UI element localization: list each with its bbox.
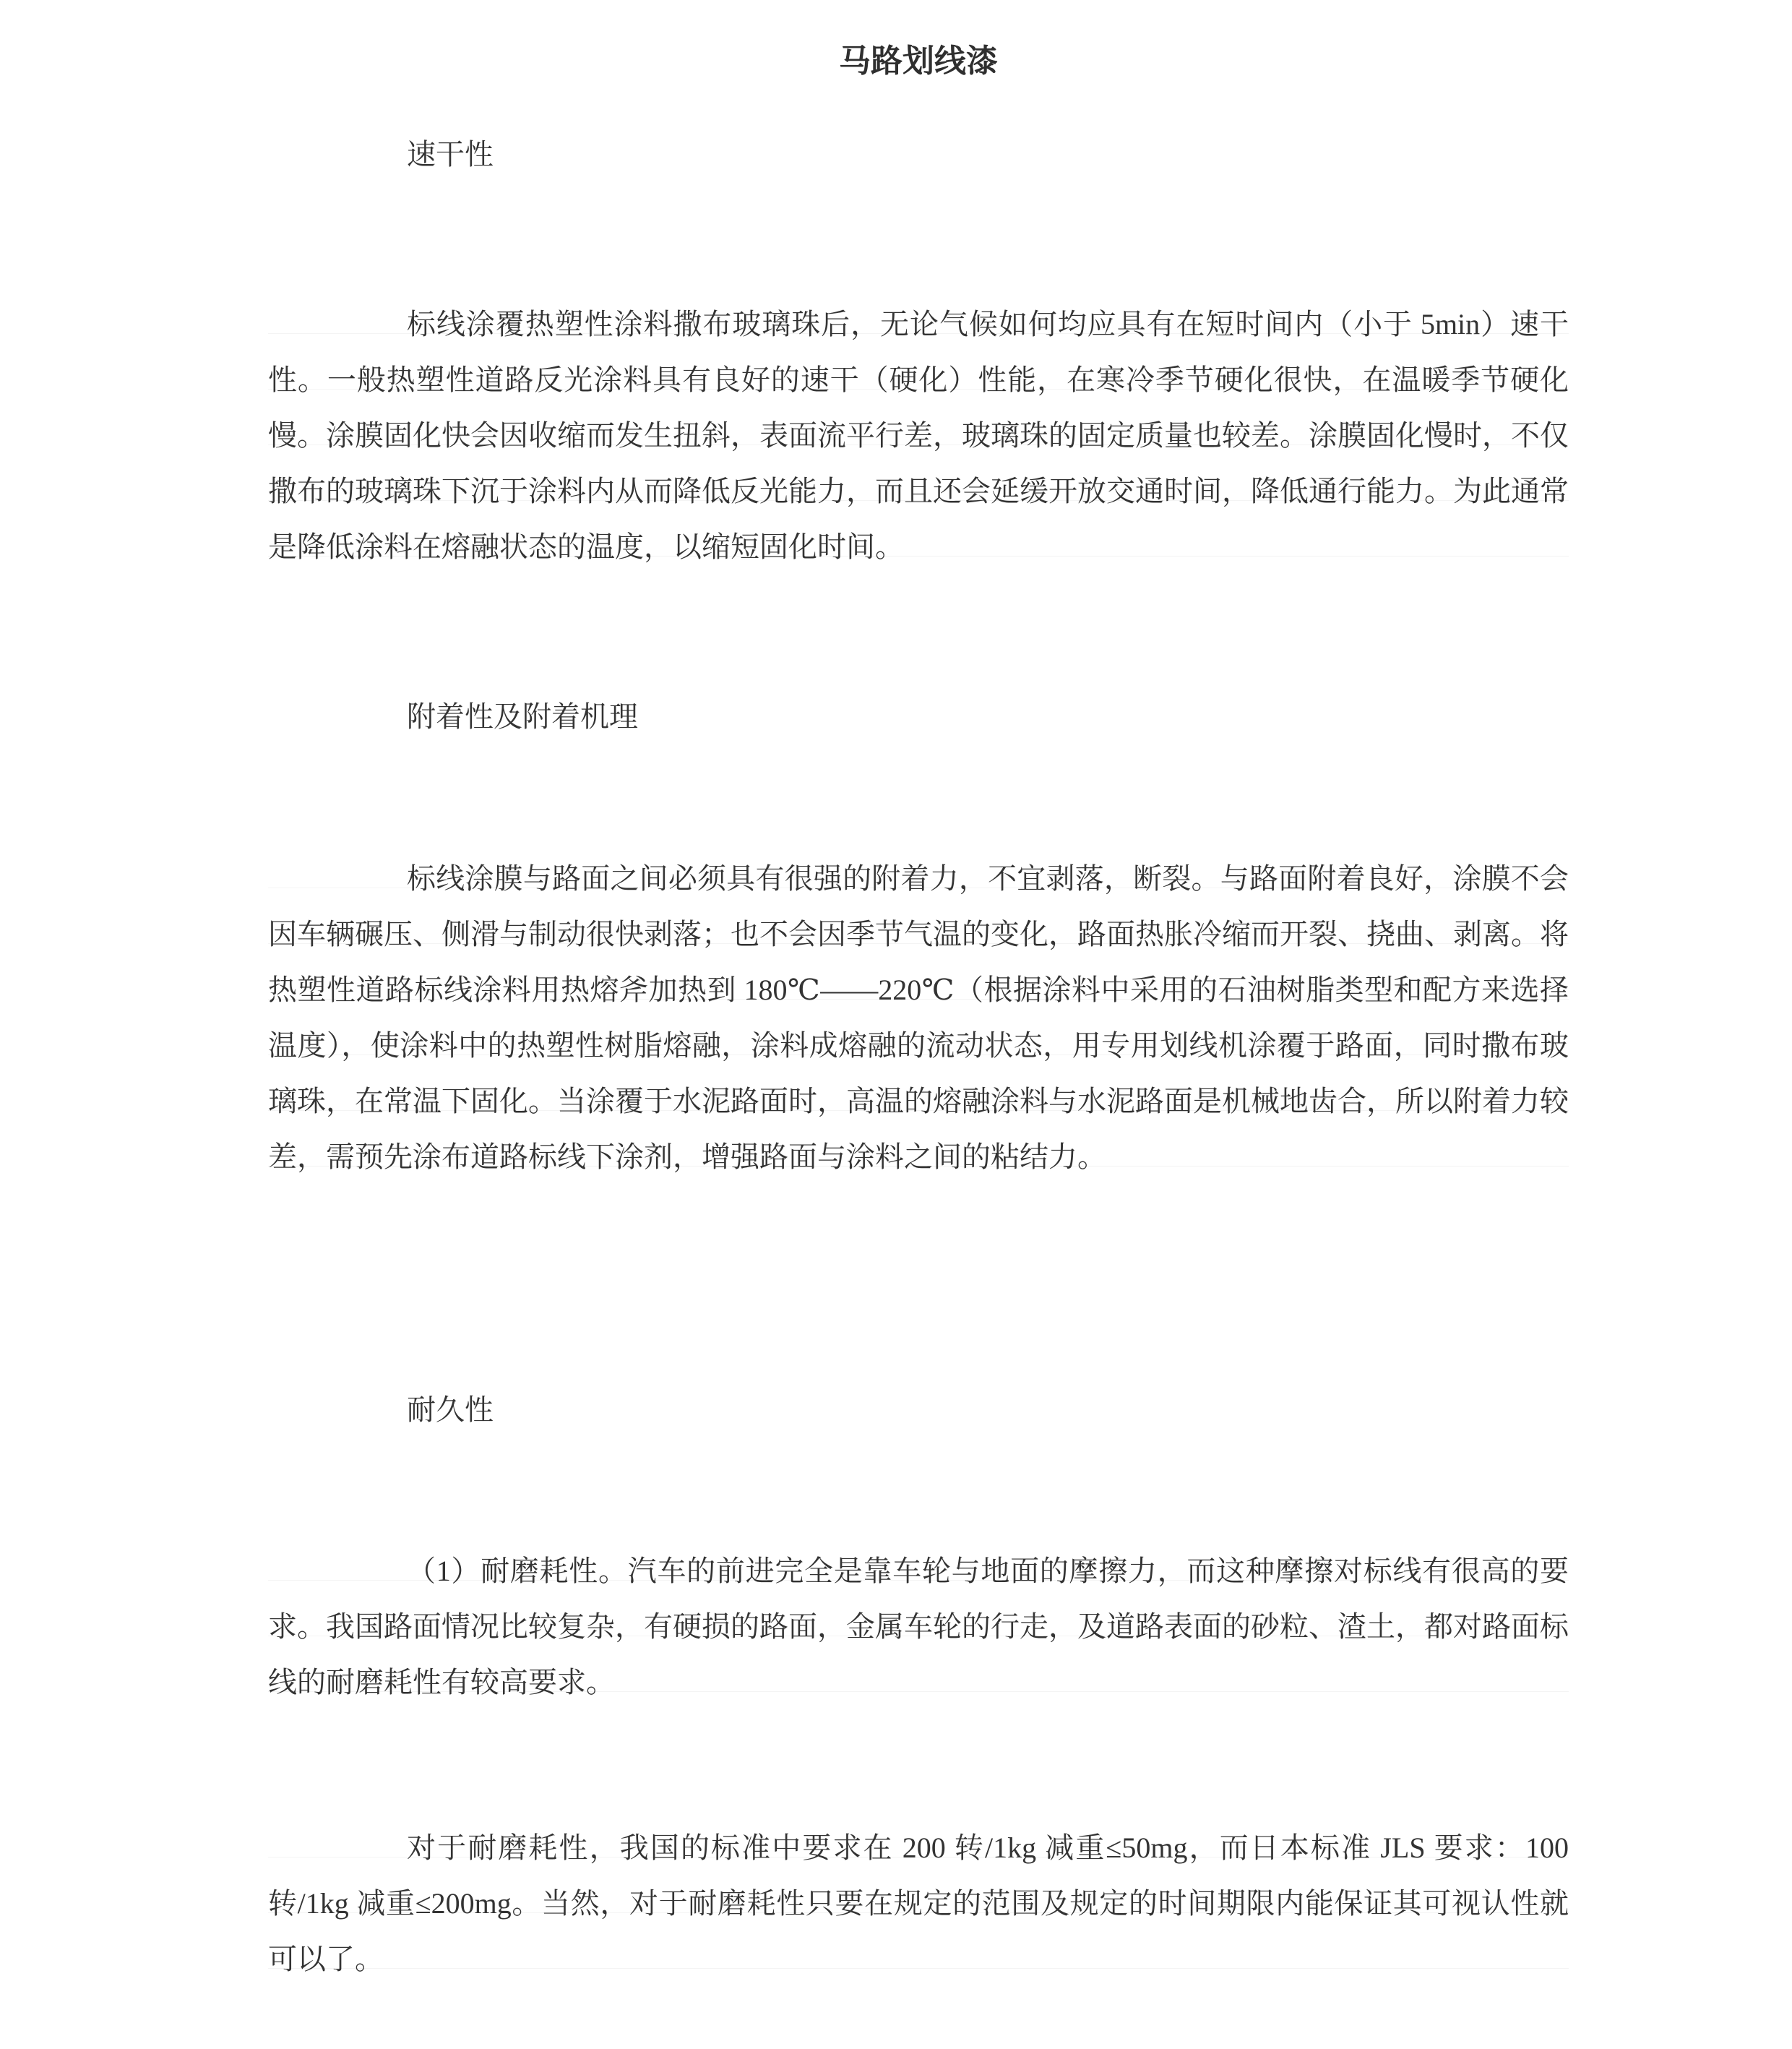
page-title: 马路划线漆 <box>268 36 1569 87</box>
paragraph-wear-standards: 对于耐磨耗性，我国的标准中要求在 200 转/1kg 减重≤50mg，而日本标准… <box>268 1820 1569 1987</box>
paragraph-quick-drying: 标线涂覆热塑性涂料撒布玻璃珠后，无论气候如何均应具有在短时间内（小于 5min）… <box>268 296 1569 575</box>
section-heading-durability: 耐久性 <box>268 1382 1569 1438</box>
paragraph-wear-resistance: （1）耐磨耗性。汽车的前进完全是靠车轮与地面的摩擦力，而这种摩擦对标线有很高的要… <box>268 1543 1569 1710</box>
section-heading-quick-drying: 速干性 <box>268 126 1569 182</box>
section-heading-adhesion: 附着性及附着机理 <box>268 689 1569 744</box>
document-page: 马路划线漆 速干性 标线涂覆热塑性涂料撒布玻璃珠后，无论气候如何均应具有在短时间… <box>0 0 1792 2049</box>
paragraph-adhesion: 标线涂膜与路面之间必须具有很强的附着力，不宜剥落，断裂。与路面附着良好，涂膜不会… <box>268 851 1569 1185</box>
